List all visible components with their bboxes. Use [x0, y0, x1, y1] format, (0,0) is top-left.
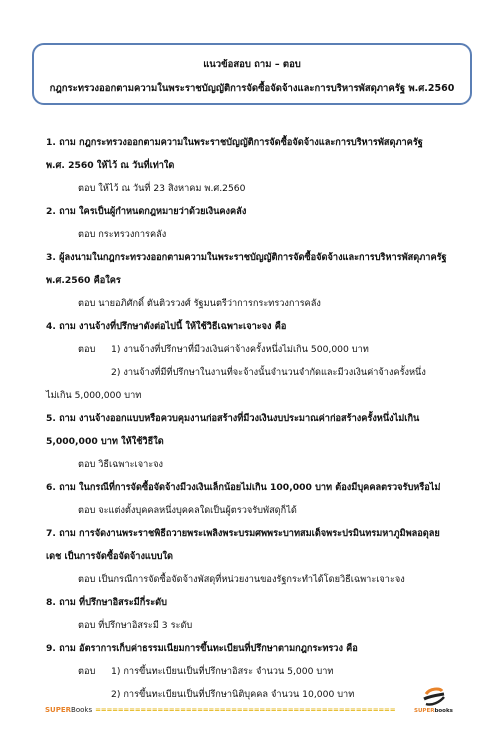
answer-label: ตอบ: [78, 338, 111, 361]
footer: SUPERBooks==============================…: [45, 706, 395, 714]
answer-line: ตอบ ที่ปรึกษาอิสระมี 3 ระดับ: [46, 614, 466, 637]
footer-rule: ========================================…: [95, 706, 395, 714]
answer-subitem: 2) งานจ้างที่มีที่ปรึกษาในงานที่จะจ้างนั…: [46, 361, 466, 384]
document-subtitle: กฎกระทรวงออกตามความในพระราชบัญญัติการจัด…: [34, 81, 470, 96]
question-line: 2. ถาม ใครเป็นผู้กำหนดกฎหมายว่าด้วยเงินค…: [46, 200, 466, 223]
answer-line: ตอบ เป็นกรณีการจัดซื้อจัดจ้างพัสดุที่หน่…: [46, 568, 466, 591]
question-line: 9. ถาม อัตราการเก็บค่าธรรมเนียมการขึ้นทะ…: [46, 637, 466, 660]
question-line: 6. ถาม ในกรณีที่การจัดซื้อจัดจ้างมีวงเงิ…: [46, 476, 466, 499]
answer-continuation: ไม่เกิน 5,000,000 บาท: [46, 384, 466, 407]
swoosh-logo-icon: [414, 686, 456, 710]
question-line: 1. ถาม กฎกระทรวงออกตามความในพระราชบัญญัต…: [46, 131, 466, 154]
logo-wordmark: SUPERbooks: [414, 708, 453, 714]
answer-subitem: 2) การขึ้นทะเบียนเป็นที่ปรึกษานิติบุคคล …: [46, 683, 466, 706]
superbooks-logo: SUPERbooks: [414, 686, 456, 722]
qa-content: 1. ถาม กฎกระทรวงออกตามความในพระราชบัญญัต…: [46, 131, 466, 706]
question-line: 5. ถาม งานจ้างออกแบบหรือควบคุมงานก่อสร้า…: [46, 407, 466, 430]
answer-item: 1) งานจ้างที่ปรึกษาที่มีวงเงินค่าจ้างครั…: [111, 344, 369, 355]
footer-brand-books: Books: [71, 706, 92, 714]
document-title: แนวข้อสอบ ถาม – ตอบ: [34, 57, 470, 72]
title-box: แนวข้อสอบ ถาม – ตอบ กฎกระทรวงออกตามความใ…: [32, 43, 472, 105]
question-line: 5,000,000 บาท ให้ใช้วิธีใด: [46, 430, 466, 453]
answer-item: 1) การขึ้นทะเบียนเป็นที่ปรึกษาอิสระ จำนว…: [111, 666, 333, 677]
footer-brand-super: SUPER: [45, 706, 71, 714]
answer-line: ตอบ กระทรวงการคลัง: [46, 223, 466, 246]
question-line: เดช เป็นการจัดซื้อจัดจ้างแบบใด: [46, 545, 466, 568]
question-line: 4. ถาม งานจ้างที่ปรึกษาดังต่อไปนี้ ให้ใช…: [46, 315, 466, 338]
answer-label: ตอบ: [78, 660, 111, 683]
question-line: 3. ผู้ลงนามในกฎกระทรวงออกตามความในพระราช…: [46, 246, 466, 269]
answer-line: ตอบ1) งานจ้างที่ปรึกษาที่มีวงเงินค่าจ้าง…: [46, 338, 466, 361]
question-line: 7. ถาม การจัดงานพระราชพิธีถวายพระเพลิงพร…: [46, 522, 466, 545]
answer-line: ตอบ ให้ไว้ ณ วันที่ 23 สิงหาคม พ.ศ.2560: [46, 177, 466, 200]
question-line: พ.ศ.2560 คือใคร: [46, 269, 466, 292]
answer-line: ตอบ จะแต่งตั้งบุคคลหนึ่งบุคคลใดเป็นผู้ตร…: [46, 499, 466, 522]
answer-line: ตอบ1) การขึ้นทะเบียนเป็นที่ปรึกษาอิสระ จ…: [46, 660, 466, 683]
question-line: พ.ศ. 2560 ให้ไว้ ณ วันที่เท่าใด: [46, 154, 466, 177]
answer-line: ตอบ นายอภิศักดิ์ ตันติวรวงศ์ รัฐมนตรีว่า…: [46, 292, 466, 315]
answer-line: ตอบ วิธีเฉพาะเจาะจง: [46, 453, 466, 476]
question-line: 8. ถาม ที่ปรึกษาอิสระมีกี่ระดับ: [46, 591, 466, 614]
